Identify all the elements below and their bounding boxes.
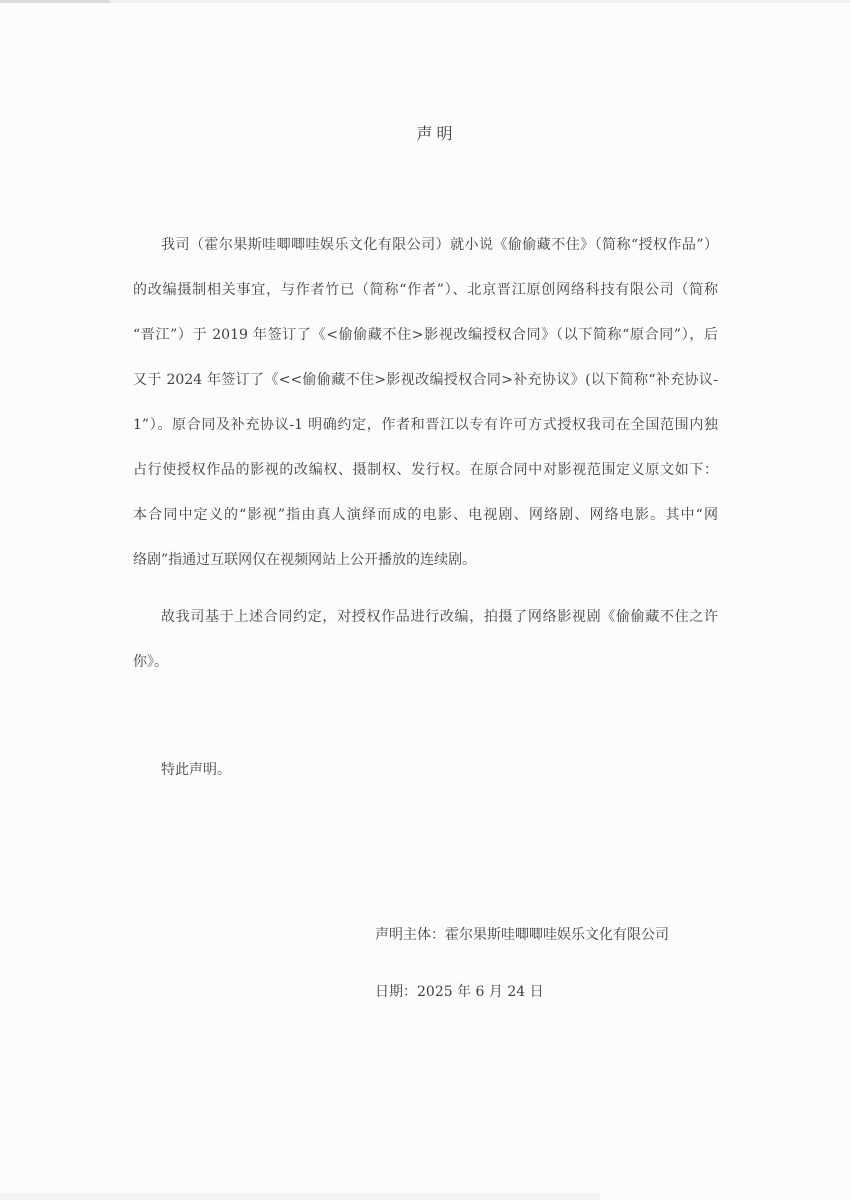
paragraph-contract-background: 我司（霍尔果斯哇唧唧哇娱乐文化有限公司）就小说《偷偷藏不住》（简称“授权作品”）… [133,223,718,583]
paragraph-line: 你》。 [133,640,718,685]
closing-line: 特此声明。 [133,748,718,793]
paragraph-line: 又于 2024 年签订了《<<偷偷藏不住>影视改编授权合同>补充协议》(以下简称… [133,358,718,403]
statement-document-page: 声明 我司（霍尔果斯哇唧唧哇娱乐文化有限公司）就小说《偷偷藏不住》（简称“授权作… [0,0,850,1200]
paragraph-closing: 特此声明。 [133,748,718,793]
paragraph-line: “晋江”）于 2019 年签订了《<偷偷藏不住>影视改编授权合同》（以下简称“原… [133,313,718,358]
paragraph-line: 本合同中定义的“影视”指由真人演绎而成的电影、电视剧、网络剧、网络电影。其中“网 [133,493,718,538]
paragraph-line: 络剧”指通过互联网仅在视频网站上公开播放的连续剧。 [133,538,718,583]
scan-edge-bottom [0,1193,600,1200]
scan-edge-top-dark [0,0,110,3]
statement-footer: 声明主体：霍尔果斯哇唧唧哇娱乐文化有限公司 日期：2025 年 6 月 24 日 [133,913,718,1015]
paragraph-line: 占行使授权作品的影视的改编权、摄制权、发行权。在原合同中对影视范围定义原文如下： [133,448,718,493]
statement-subject: 声明主体：霍尔果斯哇唧唧哇娱乐文化有限公司 [375,913,718,958]
paragraph-line: 的改编摄制相关事宜，与作者竹已（简称“作者”）、北京晋江原创网络科技有限公司（简… [133,268,718,313]
paragraph-line: 故我司基于上述合同约定，对授权作品进行改编，拍摄了网络影视剧《偷偷藏不住之许 [133,595,718,640]
document-body: 声明 我司（霍尔果斯哇唧唧哇娱乐文化有限公司）就小说《偷偷藏不住》（简称“授权作… [133,0,718,1015]
paragraph-line: 1”）。原合同及补充协议-1 明确约定，作者和晋江以专有许可方式授权我司在全国范… [133,403,718,448]
statement-date: 日期：2025 年 6 月 24 日 [375,970,718,1015]
document-title: 声明 [133,122,718,146]
paragraph-line: 我司（霍尔果斯哇唧唧哇娱乐文化有限公司）就小说《偷偷藏不住》（简称“授权作品”） [133,223,718,268]
paragraph-adaptation-statement: 故我司基于上述合同约定，对授权作品进行改编，拍摄了网络影视剧《偷偷藏不住之许 你… [133,595,718,685]
